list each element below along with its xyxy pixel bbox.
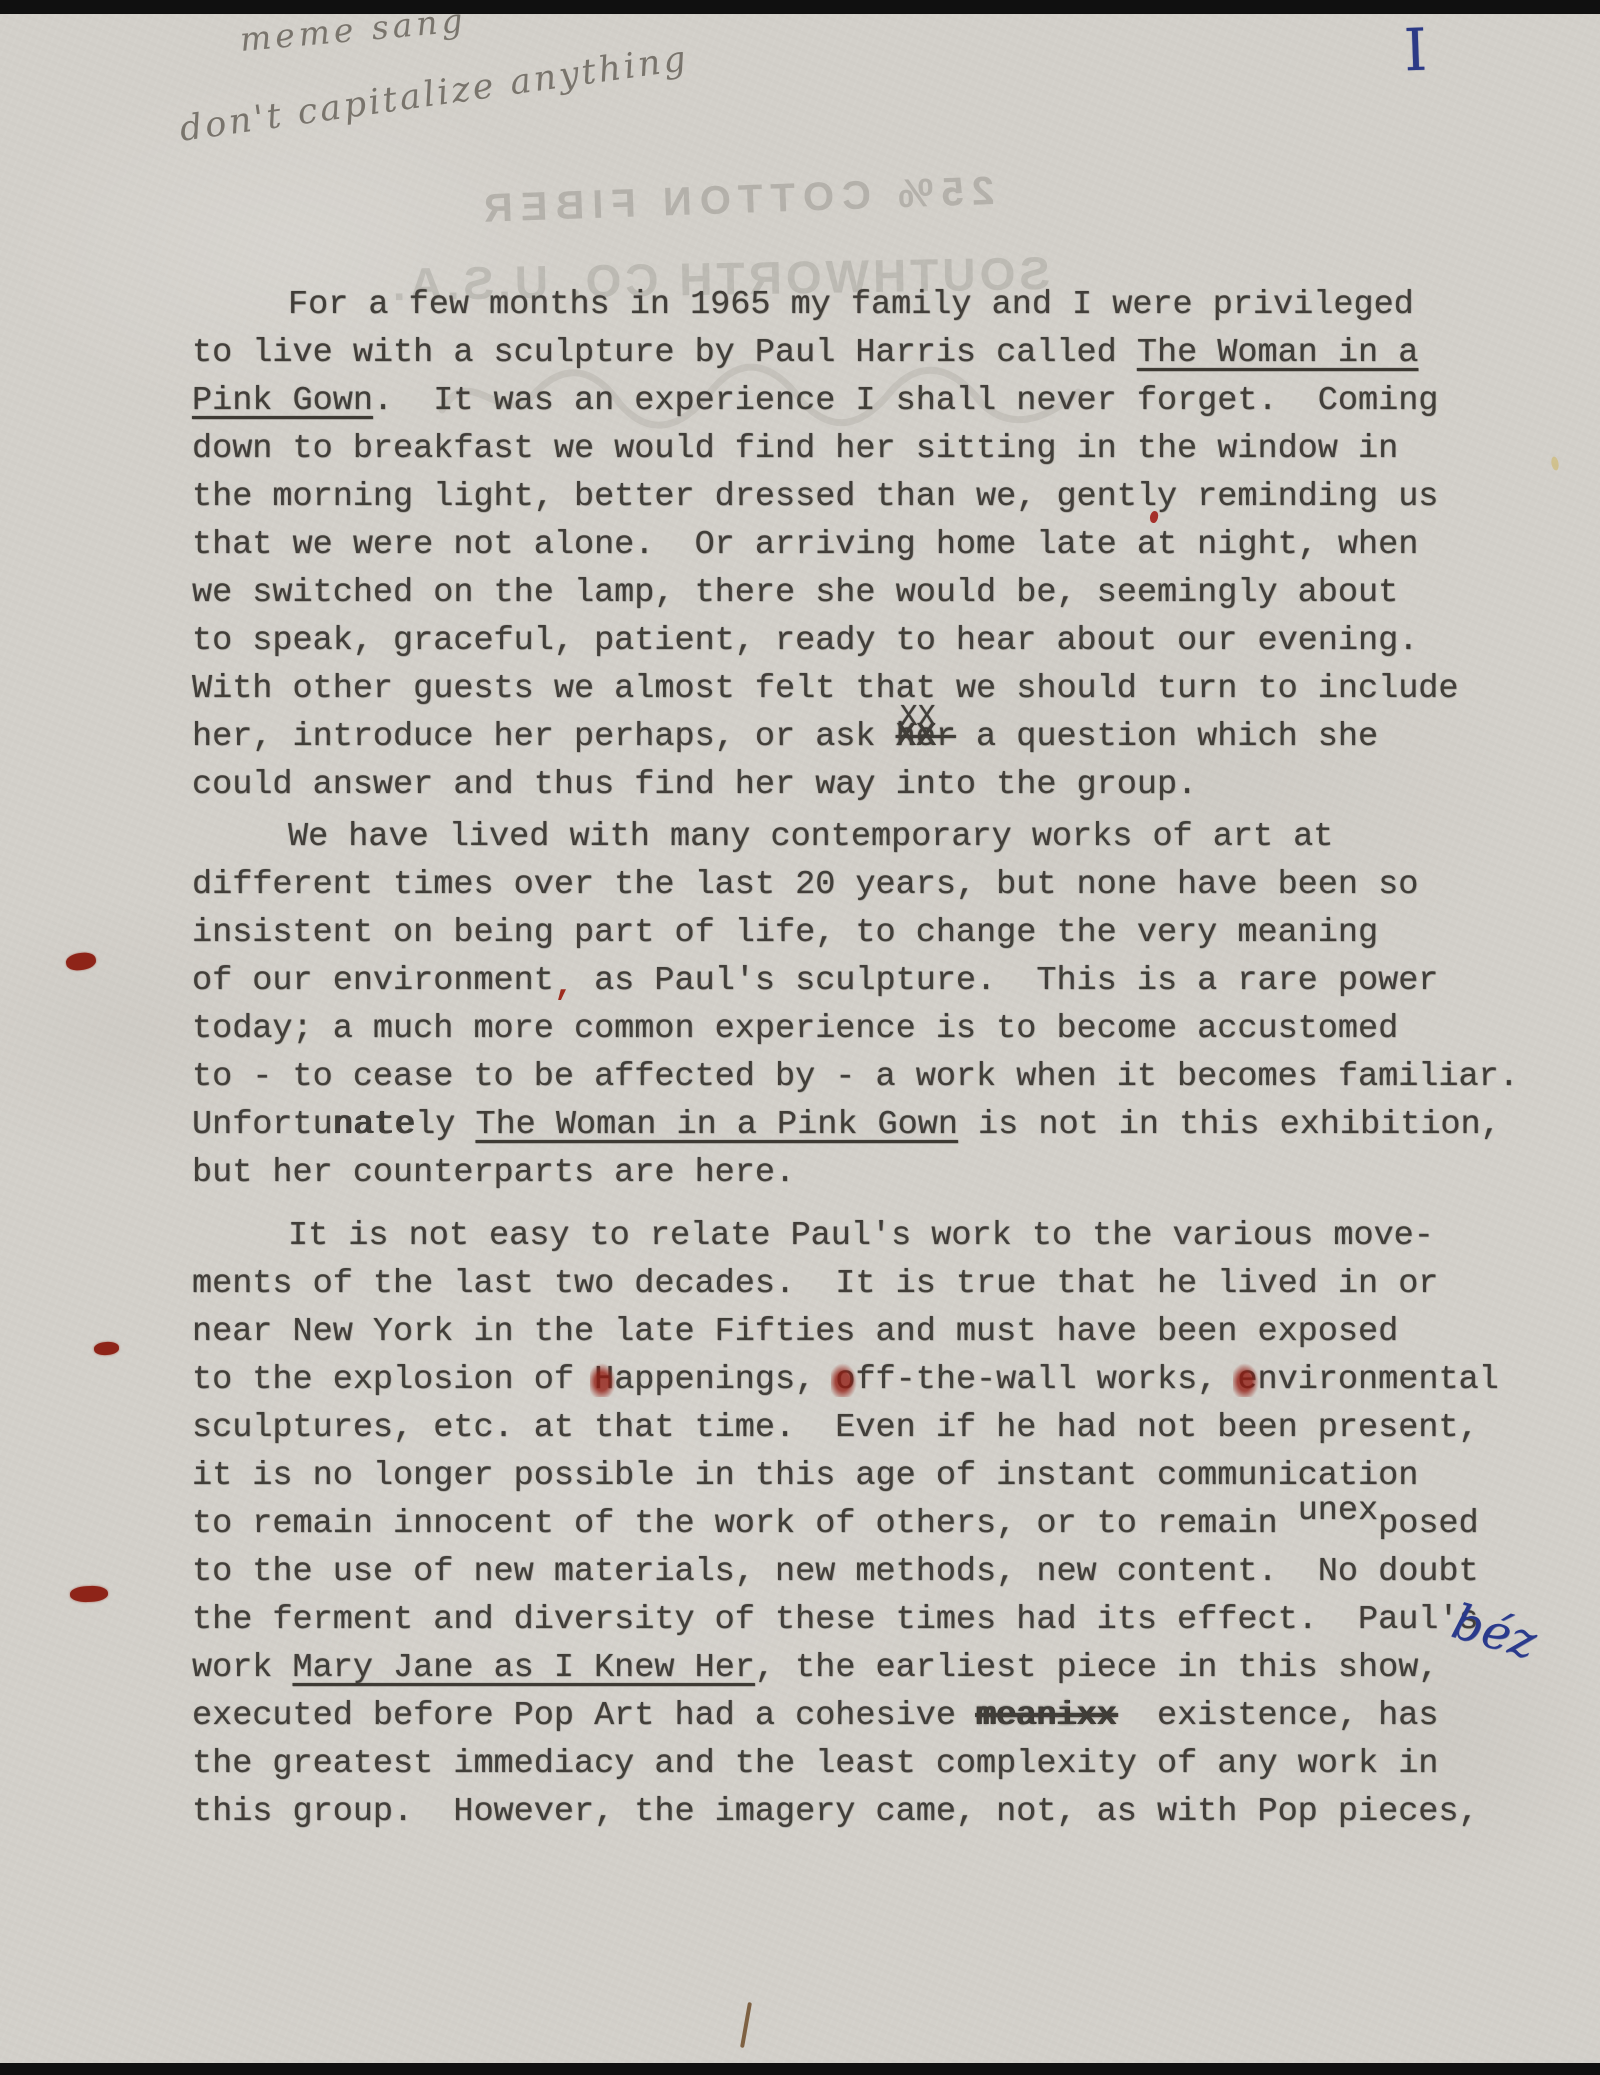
typed-text: is not in this exhibition, [958,1106,1501,1144]
typed-text: different times over the last 20 years, … [192,866,1418,904]
word-with-red-dot: at [1137,526,1177,564]
typed-line: Pink Gown. It was an experience I shall … [192,377,1592,425]
typed-text: to live with a sculpture by Paul Harris … [192,334,1137,372]
typed-line: to the explosion of Happenings, off-the-… [192,1356,1592,1404]
typed-text: of our environment [192,962,554,1000]
raised-typed-text: unex [1298,1492,1378,1530]
red-corrected-letter: o [835,1361,855,1399]
typed-text: to the explosion of [192,1361,594,1399]
typed-text: down to breakfast we would find her sitt… [192,430,1398,468]
manuscript-page: 25% COTTON FIBER SOUTHWORTH CO. U.S.A. m… [0,0,1600,2075]
typed-text: . It was an experience I shall never for… [373,382,1438,420]
typed-text: as Paul's sculpture. This is a rare powe… [574,962,1438,1000]
typed-text: It is not easy to relate Paul's work to … [288,1217,1434,1255]
typed-line: down to breakfast we would find her sitt… [192,425,1592,473]
typed-line: We have lived with many contemporary wor… [192,813,1592,861]
typed-line: work Mary Jane as I Knew Her, the earlie… [192,1644,1592,1692]
typed-line: could answer and thus find her way into … [192,761,1592,809]
typed-text: to remain innocent of the work of others… [192,1505,1298,1543]
typed-xx-above: XX [900,694,936,742]
typed-text: that we were not alone. Or arriving home… [192,526,1137,564]
typed-line: the ferment and diversity of these times… [192,1596,1592,1644]
stray-pen-mark [740,2002,752,2048]
red-margin-dash [94,1341,120,1356]
page-number-roman: I [1403,16,1428,85]
typed-line: insistent on being part of life, to chan… [192,909,1592,957]
typed-text: the ferment and diversity of these times… [192,1601,1479,1639]
overtyped-text: nate [333,1106,415,1144]
typed-line: this group. However, the imagery came, n… [192,1788,1592,1836]
typed-line: to speak, graceful, patient, ready to he… [192,617,1592,665]
typed-line: sculptures, etc. at that time. Even if h… [192,1404,1592,1452]
typed-line: the morning light, better dressed than w… [192,473,1592,521]
typed-text: , the earliest piece in this show, [755,1649,1439,1687]
red-margin-dash [65,951,97,972]
typed-text: work [192,1649,293,1687]
red-corrected-letter: e [1237,1361,1257,1399]
underlined-title: The Woman in a [1137,334,1418,372]
typed-line: to live with a sculpture by Paul Harris … [192,329,1592,377]
typed-text: We have lived with many contemporary wor… [288,818,1333,856]
typed-line: her, introduce her perhaps, or ask herXX… [192,713,1592,761]
typed-text: to - to cease to be affected by - a work… [192,1058,1519,1096]
typed-line: different times over the last 20 years, … [192,861,1592,909]
scan-border-top [0,0,1600,14]
struck-out-word: meanixx [976,1697,1117,1735]
typed-text: sculptures, etc. at that time. Even if h… [192,1409,1479,1447]
typed-line: It is not easy to relate Paul's work to … [192,1212,1592,1260]
typed-text: to speak, graceful, patient, ready to he… [192,622,1418,660]
typed-text: Unfortu [192,1106,333,1144]
typed-text: could answer and thus find her way into … [192,766,1197,804]
typed-text: a question which she [956,718,1378,756]
paragraph-3: It is not easy to relate Paul's work to … [192,1212,1592,1836]
typed-text: near New York in the late Fifties and mu… [192,1313,1398,1351]
typed-line: With other guests we almost felt that we… [192,665,1592,713]
typed-text: the greatest immediacy and the least com… [192,1745,1438,1783]
red-inserted-comma: , [554,967,574,1005]
scan-border-bottom [0,2063,1600,2075]
typed-line: it is no longer possible in this age of … [192,1452,1592,1500]
underlined-title: Mary Jane as I Knew Her [293,1649,755,1687]
paper-watermark-showthrough-line1: 25% COTTON FIBER [454,168,1015,233]
typed-line: ments of the last two decades. It is tru… [192,1260,1592,1308]
typed-line: today; a much more common experience is … [192,1005,1592,1053]
underlined-title: Pink Gown [192,382,373,420]
typed-text: nvironmental [1258,1361,1499,1399]
typed-text: appenings, [614,1361,835,1399]
typed-text: her, introduce her perhaps, or ask [192,718,896,756]
typed-text: For a few months in 1965 my family and I… [288,286,1414,324]
typed-text: ff-the-wall works, [855,1361,1237,1399]
typed-text: today; a much more common experience is … [192,1010,1398,1048]
typed-line: to - to cease to be affected by - a work… [192,1053,1592,1101]
typed-text: this group. However, the imagery came, n… [192,1793,1479,1831]
typed-line: the greatest immediacy and the least com… [192,1740,1592,1788]
typed-line: to remain innocent of the work of others… [192,1500,1592,1548]
typed-line: executed before Pop Art had a cohesive m… [192,1692,1592,1740]
typed-text: we switched on the lamp, there she would… [192,574,1398,612]
typed-line: of our environment, as Paul's sculpture.… [192,957,1592,1005]
red-corrected-letter: H [594,1361,614,1399]
underlined-title: The Woman in a Pink Gown [475,1106,957,1144]
typed-text: existence, has [1117,1697,1439,1735]
typed-text: posed [1378,1505,1479,1543]
typed-text: executed before Pop Art had a cohesive [192,1697,976,1735]
typed-text: ly [415,1106,475,1144]
red-margin-dash [70,1585,109,1602]
typed-line: For a few months in 1965 my family and I… [192,281,1592,329]
typed-line: that we were not alone. Or arriving home… [192,521,1592,569]
typed-text: but her counterparts are here. [192,1154,795,1192]
strikeout-correction: herXXXX [896,713,956,761]
typed-line: near New York in the late Fifties and mu… [192,1308,1592,1356]
typed-line: we switched on the lamp, there she would… [192,569,1592,617]
typed-text: With other guests we almost felt that we… [192,670,1459,708]
typed-text-block: For a few months in 1965 my family and I… [192,281,1592,1836]
paragraph-2: We have lived with many contemporary wor… [192,813,1592,1197]
typed-text: insistent on being part of life, to chan… [192,914,1378,952]
typed-text: night, when [1177,526,1418,564]
typed-text: the morning light, better dressed than w… [192,478,1438,516]
typed-line: to the use of new materials, new methods… [192,1548,1592,1596]
typed-line: but her counterparts are here. [192,1149,1592,1197]
paragraph-1: For a few months in 1965 my family and I… [192,281,1592,809]
typed-text: it is no longer possible in this age of … [192,1457,1418,1495]
typed-text: ments of the last two decades. It is tru… [192,1265,1438,1303]
typed-text: to the use of new materials, new methods… [192,1553,1479,1591]
typed-line: Unfortunately The Woman in a Pink Gown i… [192,1101,1592,1149]
